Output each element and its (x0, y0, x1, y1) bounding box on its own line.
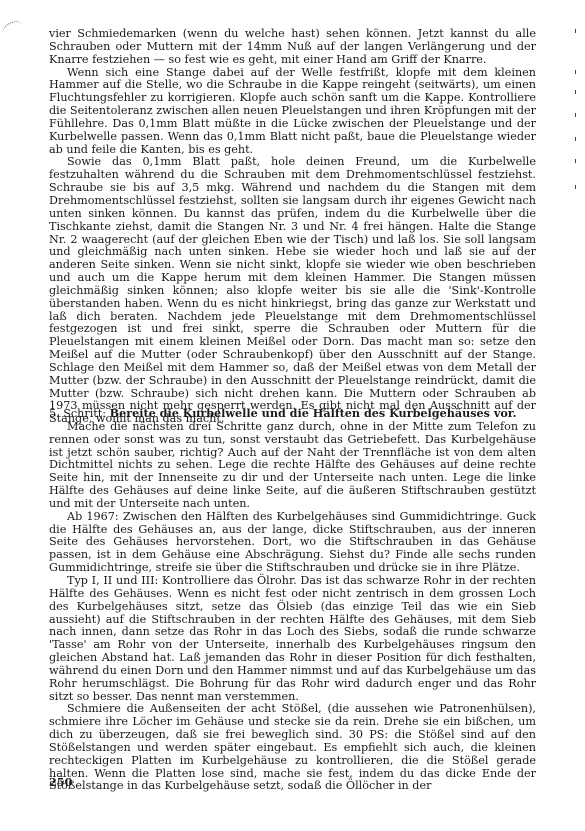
paragraph: Ab 1967: Zwischen den Hälften des Kurbel… (49, 511, 536, 575)
scan-margin-marks (575, 25, 581, 205)
step-title: Bereite die Kurbelwelle und die Hälften … (110, 406, 517, 420)
paragraph: vier Schmiedemarken (wenn du welche hast… (49, 28, 536, 67)
page-number: 250 (49, 775, 72, 789)
paragraph: Typ I, II und III: Kontrolliere das Ölro… (49, 575, 536, 703)
paragraph: Wenn sich eine Stange dabei auf der Well… (49, 67, 536, 157)
paragraph: Sowie das 0,1mm Blatt paßt, hole deinen … (49, 156, 536, 426)
body-text-bottom: 5. Schritt: Bereite die Kurbelwelle und … (49, 407, 536, 793)
body-text-top: vier Schmiedemarken (wenn du welche hast… (49, 28, 536, 426)
step-label: 5. Schritt: (49, 407, 106, 420)
paragraph: Schmiere die Außenseiten der acht Stößel… (49, 703, 536, 793)
book-page: vier Schmiedemarken (wenn du welche hast… (0, 0, 585, 831)
paragraph: Mache die nächsten drei Schritte ganz du… (49, 421, 536, 511)
step-heading: 5. Schritt: Bereite die Kurbelwelle und … (49, 407, 536, 421)
scan-corner-mark (0, 18, 26, 41)
